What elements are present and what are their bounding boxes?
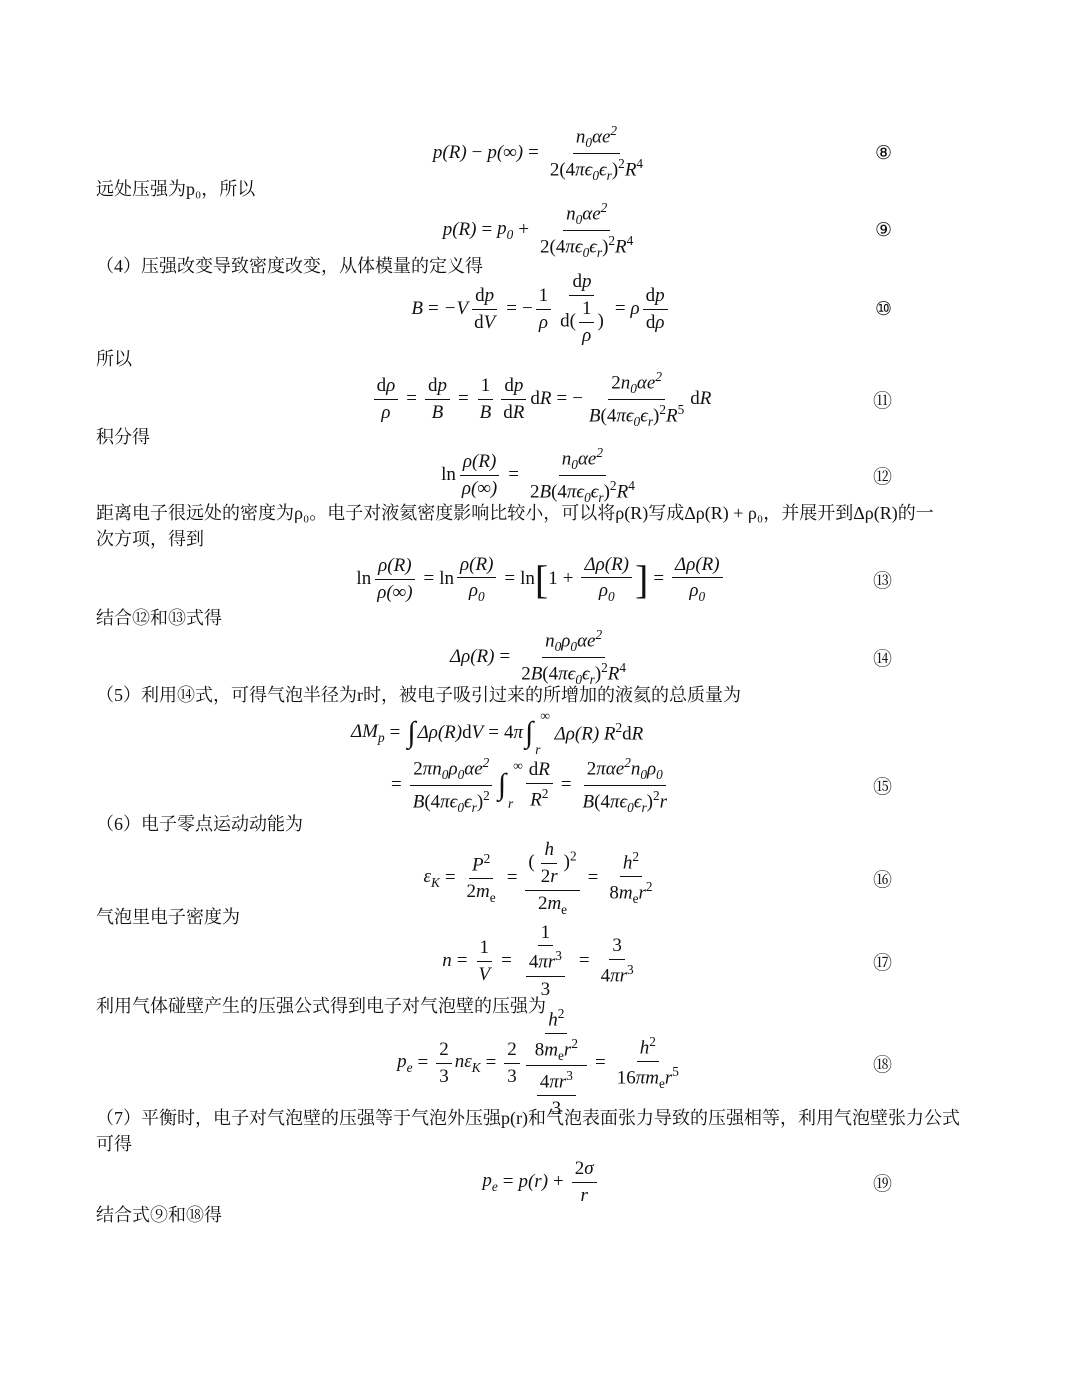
equation-number: ⑯ — [873, 865, 892, 892]
paragraph: 远处压强为p₀，所以 — [96, 176, 986, 202]
equation-18: pe= 23nεK= 23 h28mer24πr33= h216πmer5 ⑱ — [96, 1020, 986, 1106]
paragraph: 次方项，得到 — [96, 526, 986, 552]
equation-11: dρρ= dpB= 1B dpdRdR=− 2n0αe2B(4πϵ0ϵr)2R5… — [96, 372, 986, 426]
paragraph: 结合式⑨和⑱得 — [96, 1202, 986, 1228]
paragraph: 距离电子很远处的密度为ρ₀。电子对液氦密度影响比较小，可以将ρ(R)写成Δρ(R… — [96, 500, 986, 526]
equation-number: ⑧ — [875, 142, 892, 165]
equation-14: Δρ(R)= n0ρ0αe22B(4πϵ0ϵr)2R4 ⑭ — [96, 630, 986, 684]
paragraph: （4）压强改变导致密度改变，从体模量的定义得 — [96, 253, 986, 279]
equation-number: ⑩ — [875, 298, 892, 321]
document-page: p(R)−p(∞)= n0αe22(4πϵ0ϵr)2R4 ⑧ 远处压强为p₀，所… — [0, 0, 1080, 1398]
equation-number: ⑰ — [873, 948, 892, 975]
paragraph: 可得 — [96, 1131, 986, 1157]
paragraph: 所以 — [96, 346, 986, 372]
equation-number: ⑫ — [873, 462, 892, 489]
equation-15-line-1: ΔMp=∫Δρ(R)dV=4π ∫r∞ Δρ(R) R2dR — [96, 708, 986, 758]
equation-10: B=−V dpdV=− 1ρ dpd(1ρ)=ρ dpdρ ⑩ — [96, 278, 986, 340]
equation-number: ⑱ — [873, 1050, 892, 1077]
equation-number: ⑭ — [873, 644, 892, 671]
equation-15-number-row: ⑮ — [96, 758, 986, 812]
equation-12: ln ρ(R)ρ(∞)= n0αe22B(4πϵ0ϵr)2R4 ⑫ — [96, 448, 986, 502]
equation-number: ⑨ — [875, 219, 892, 242]
equation-number: ⑪ — [873, 386, 892, 413]
equation-17: n= 1V= 14πr33= 34πr3 ⑰ — [96, 928, 986, 994]
paragraph: （7）平衡时，电子对气泡壁的压强等于气泡外压强p(r)和气泡表面张力导致的压强相… — [96, 1105, 986, 1131]
equation-number: ⑮ — [873, 772, 892, 799]
equation-number: ⑲ — [873, 1169, 892, 1196]
equation-19: pe=p(r)+ 2σr ⑲ — [96, 1156, 986, 1208]
equation-8: p(R)−p(∞)= n0αe22(4πϵ0ϵr)2R4 ⑧ — [96, 126, 986, 180]
paragraph: （6）电子零点运动动能为 — [96, 811, 986, 837]
equation-13: ln ρ(R)ρ(∞)=ln ρ(R)ρ0=ln [1+ Δρ(R)ρ0]= Δ… — [96, 552, 986, 606]
equation-9: p(R)=p0+ n0αe22(4πϵ0ϵr)2R4 ⑨ — [96, 203, 986, 257]
paragraph: （5）利用⑭式，可得气泡半径为r时，被电子吸引过来的所增加的液氦的总质量为 — [96, 682, 986, 708]
equation-number: ⑬ — [873, 566, 892, 593]
